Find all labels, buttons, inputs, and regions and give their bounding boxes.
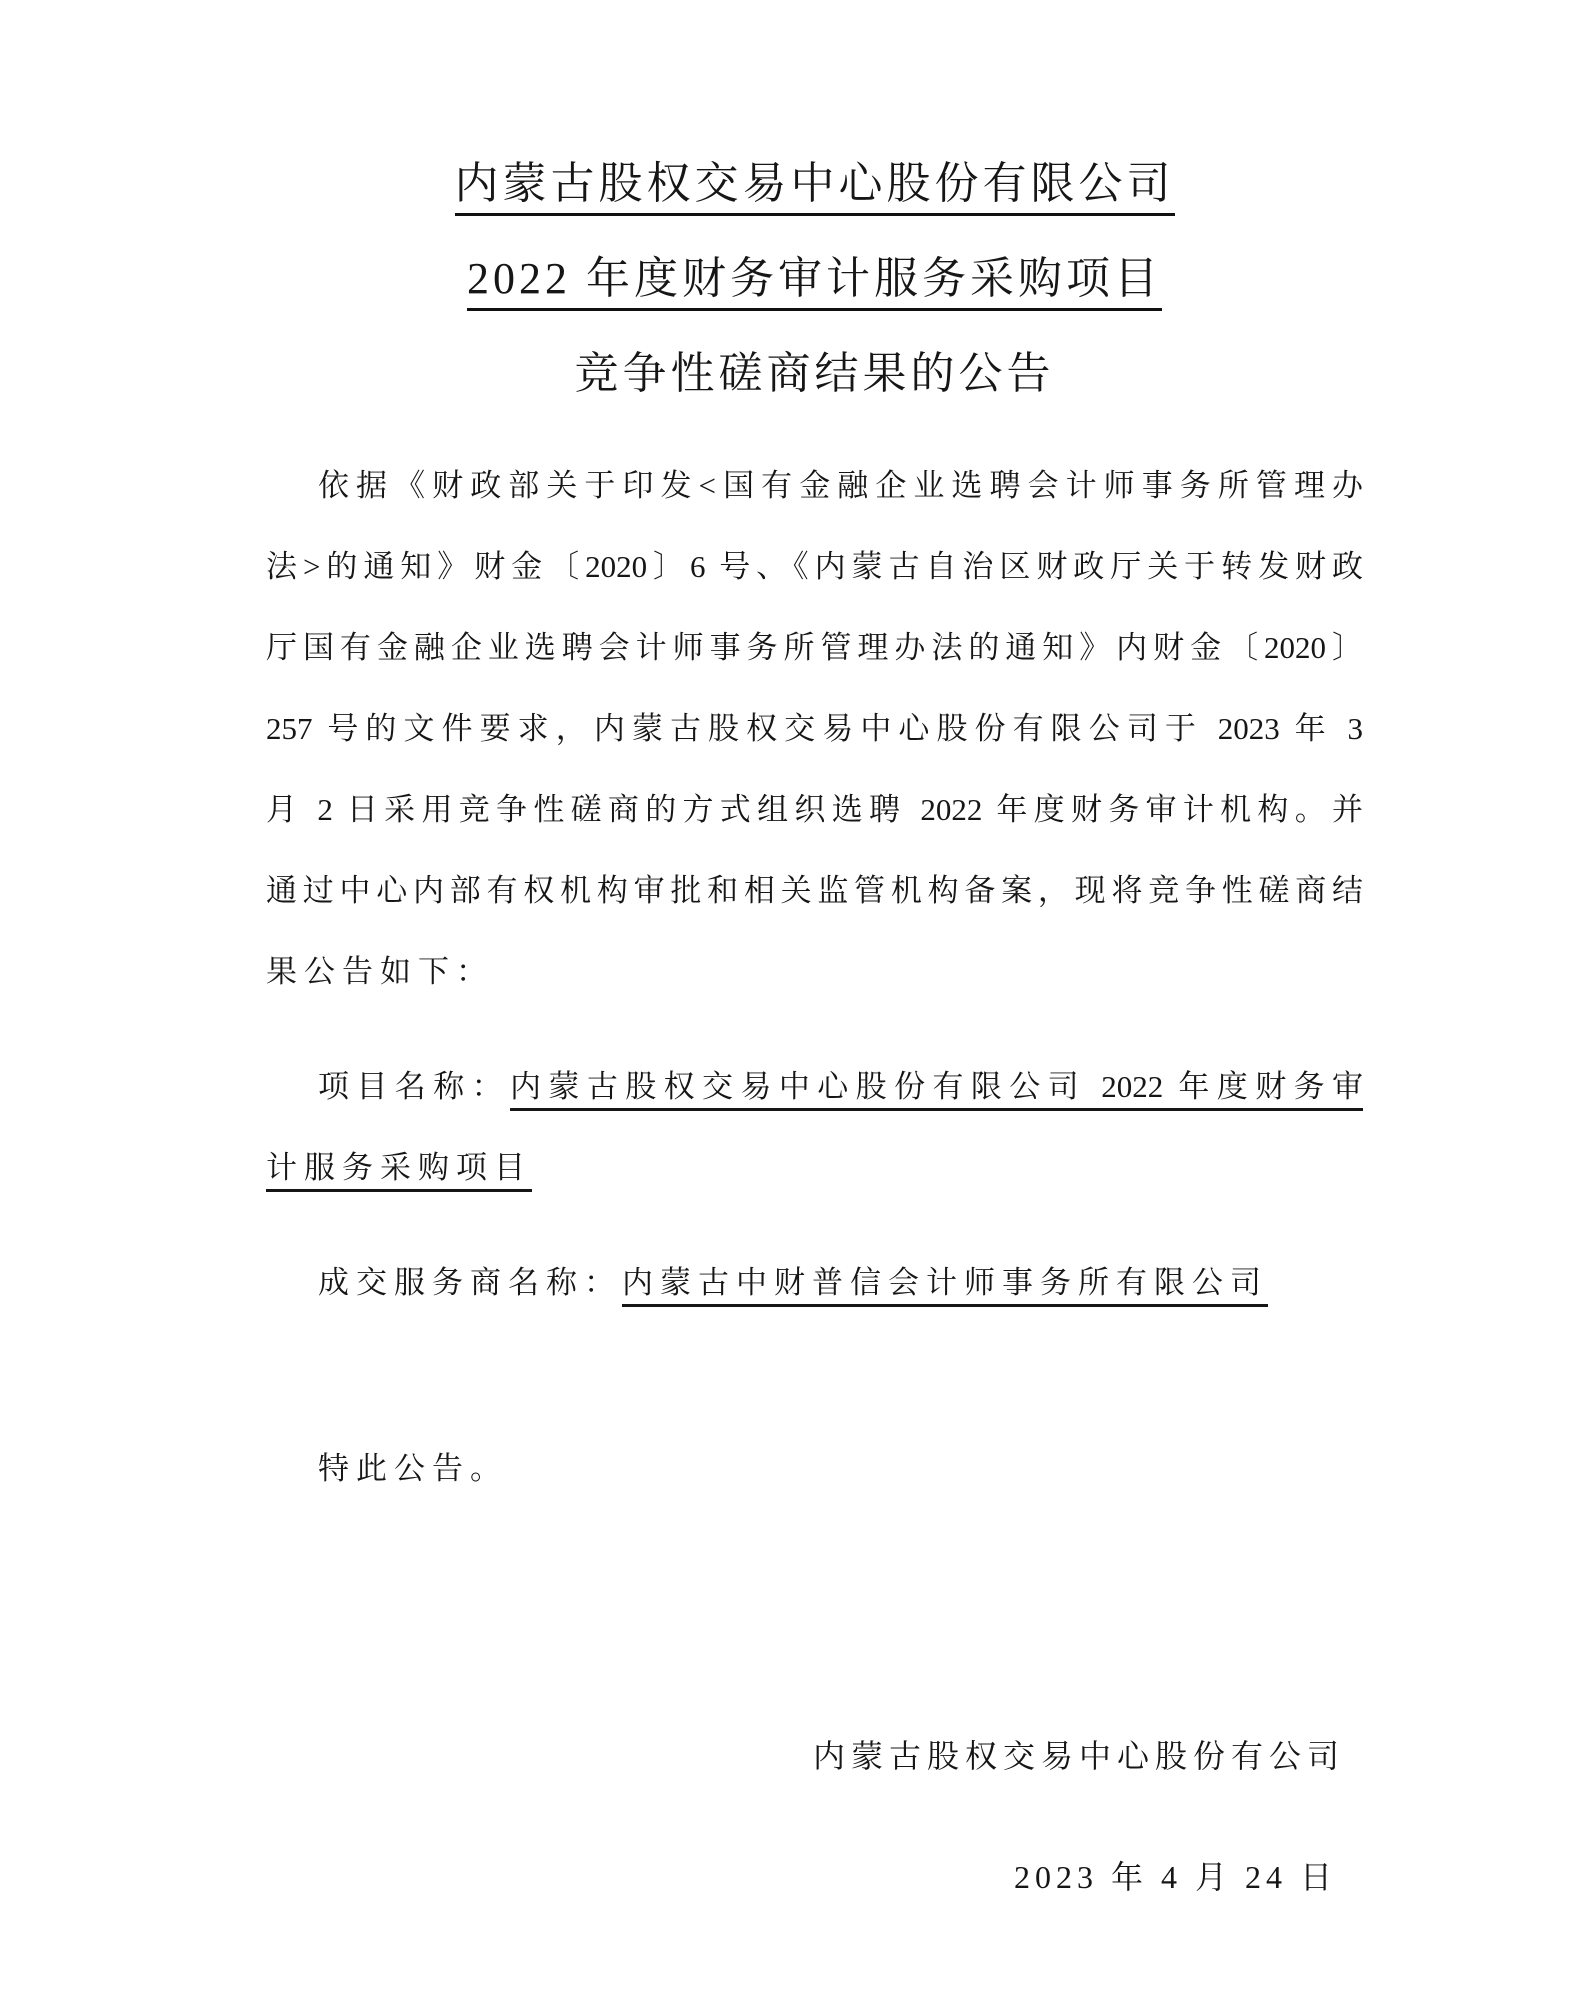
title-line-project-text: 2022 年度财务审计服务采购项目 bbox=[467, 254, 1162, 311]
body-line: 果公告如下： bbox=[266, 931, 1363, 1012]
body-line: 法>的通知》财金〔2020〕6 号、《内蒙古自治区财政厅关于转发财政 bbox=[266, 526, 1363, 607]
project-name-value: 内蒙古股权交易中心股份有限公司 2022 年度财务审 bbox=[510, 1069, 1363, 1104]
title-line-announcement-text: 竞争性磋商结果的公告 bbox=[575, 349, 1055, 398]
signature-company: 内蒙古股权交易中心股份有公司 bbox=[266, 1716, 1363, 1797]
signature-block: 内蒙古股权交易中心股份有公司 2023 年 4 月 24 日 bbox=[266, 1716, 1363, 1918]
document-title: 内蒙古股权交易中心股份有限公司 2022 年度财务审计服务采购项目 竞争性磋商结… bbox=[266, 136, 1363, 421]
paragraph-winner: 成交服务商名称：内蒙古中财普信会计师事务所有限公司 bbox=[266, 1242, 1363, 1323]
document-page: 内蒙古股权交易中心股份有限公司 2022 年度财务审计服务采购项目 竞争性磋商结… bbox=[0, 0, 1587, 2003]
body-line: 月 2 日采用竞争性磋商的方式组织选聘 2022 年度财务审计机构。并 bbox=[266, 769, 1363, 850]
paragraph-basis: 依据《财政部关于印发<国有金融企业选聘会计师事务所管理办 法>的通知》财金〔20… bbox=[266, 445, 1363, 1012]
paragraph-closing: 特此公告。 bbox=[266, 1428, 1363, 1509]
winner-line: 成交服务商名称：内蒙古中财普信会计师事务所有限公司 bbox=[266, 1242, 1363, 1323]
signature-date: 2023 年 4 月 24 日 bbox=[266, 1837, 1363, 1918]
project-name-line-2: 计服务采购项目 bbox=[266, 1127, 1363, 1208]
closing-text: 特此公告。 bbox=[266, 1428, 1363, 1509]
paragraph-project-name: 项目名称：内蒙古股权交易中心股份有限公司 2022 年度财务审 计服务采购项目 bbox=[266, 1046, 1363, 1208]
title-line-company: 内蒙古股权交易中心股份有限公司 bbox=[266, 136, 1363, 231]
project-name-line-1: 项目名称：内蒙古股权交易中心股份有限公司 2022 年度财务审 bbox=[266, 1046, 1363, 1127]
title-line-announcement: 竞争性磋商结果的公告 bbox=[266, 326, 1363, 421]
project-name-value-continued: 计服务采购项目 bbox=[266, 1150, 532, 1185]
title-line-company-text: 内蒙古股权交易中心股份有限公司 bbox=[455, 159, 1175, 216]
body-line: 依据《财政部关于印发<国有金融企业选聘会计师事务所管理办 bbox=[266, 445, 1363, 526]
body-line: 通过中心内部有权机构审批和相关监管机构备案，现将竞争性磋商结 bbox=[266, 850, 1363, 931]
winner-label: 成交服务商名称： bbox=[318, 1265, 622, 1300]
project-name-label: 项目名称： bbox=[318, 1069, 510, 1104]
body-line: 257 号的文件要求，内蒙古股权交易中心股份有限公司于 2023 年 3 bbox=[266, 688, 1363, 769]
body-line: 厅国有金融企业选聘会计师事务所管理办法的通知》内财金〔2020〕 bbox=[266, 607, 1363, 688]
title-line-project: 2022 年度财务审计服务采购项目 bbox=[266, 231, 1363, 326]
winner-value: 内蒙古中财普信会计师事务所有限公司 bbox=[622, 1265, 1268, 1300]
